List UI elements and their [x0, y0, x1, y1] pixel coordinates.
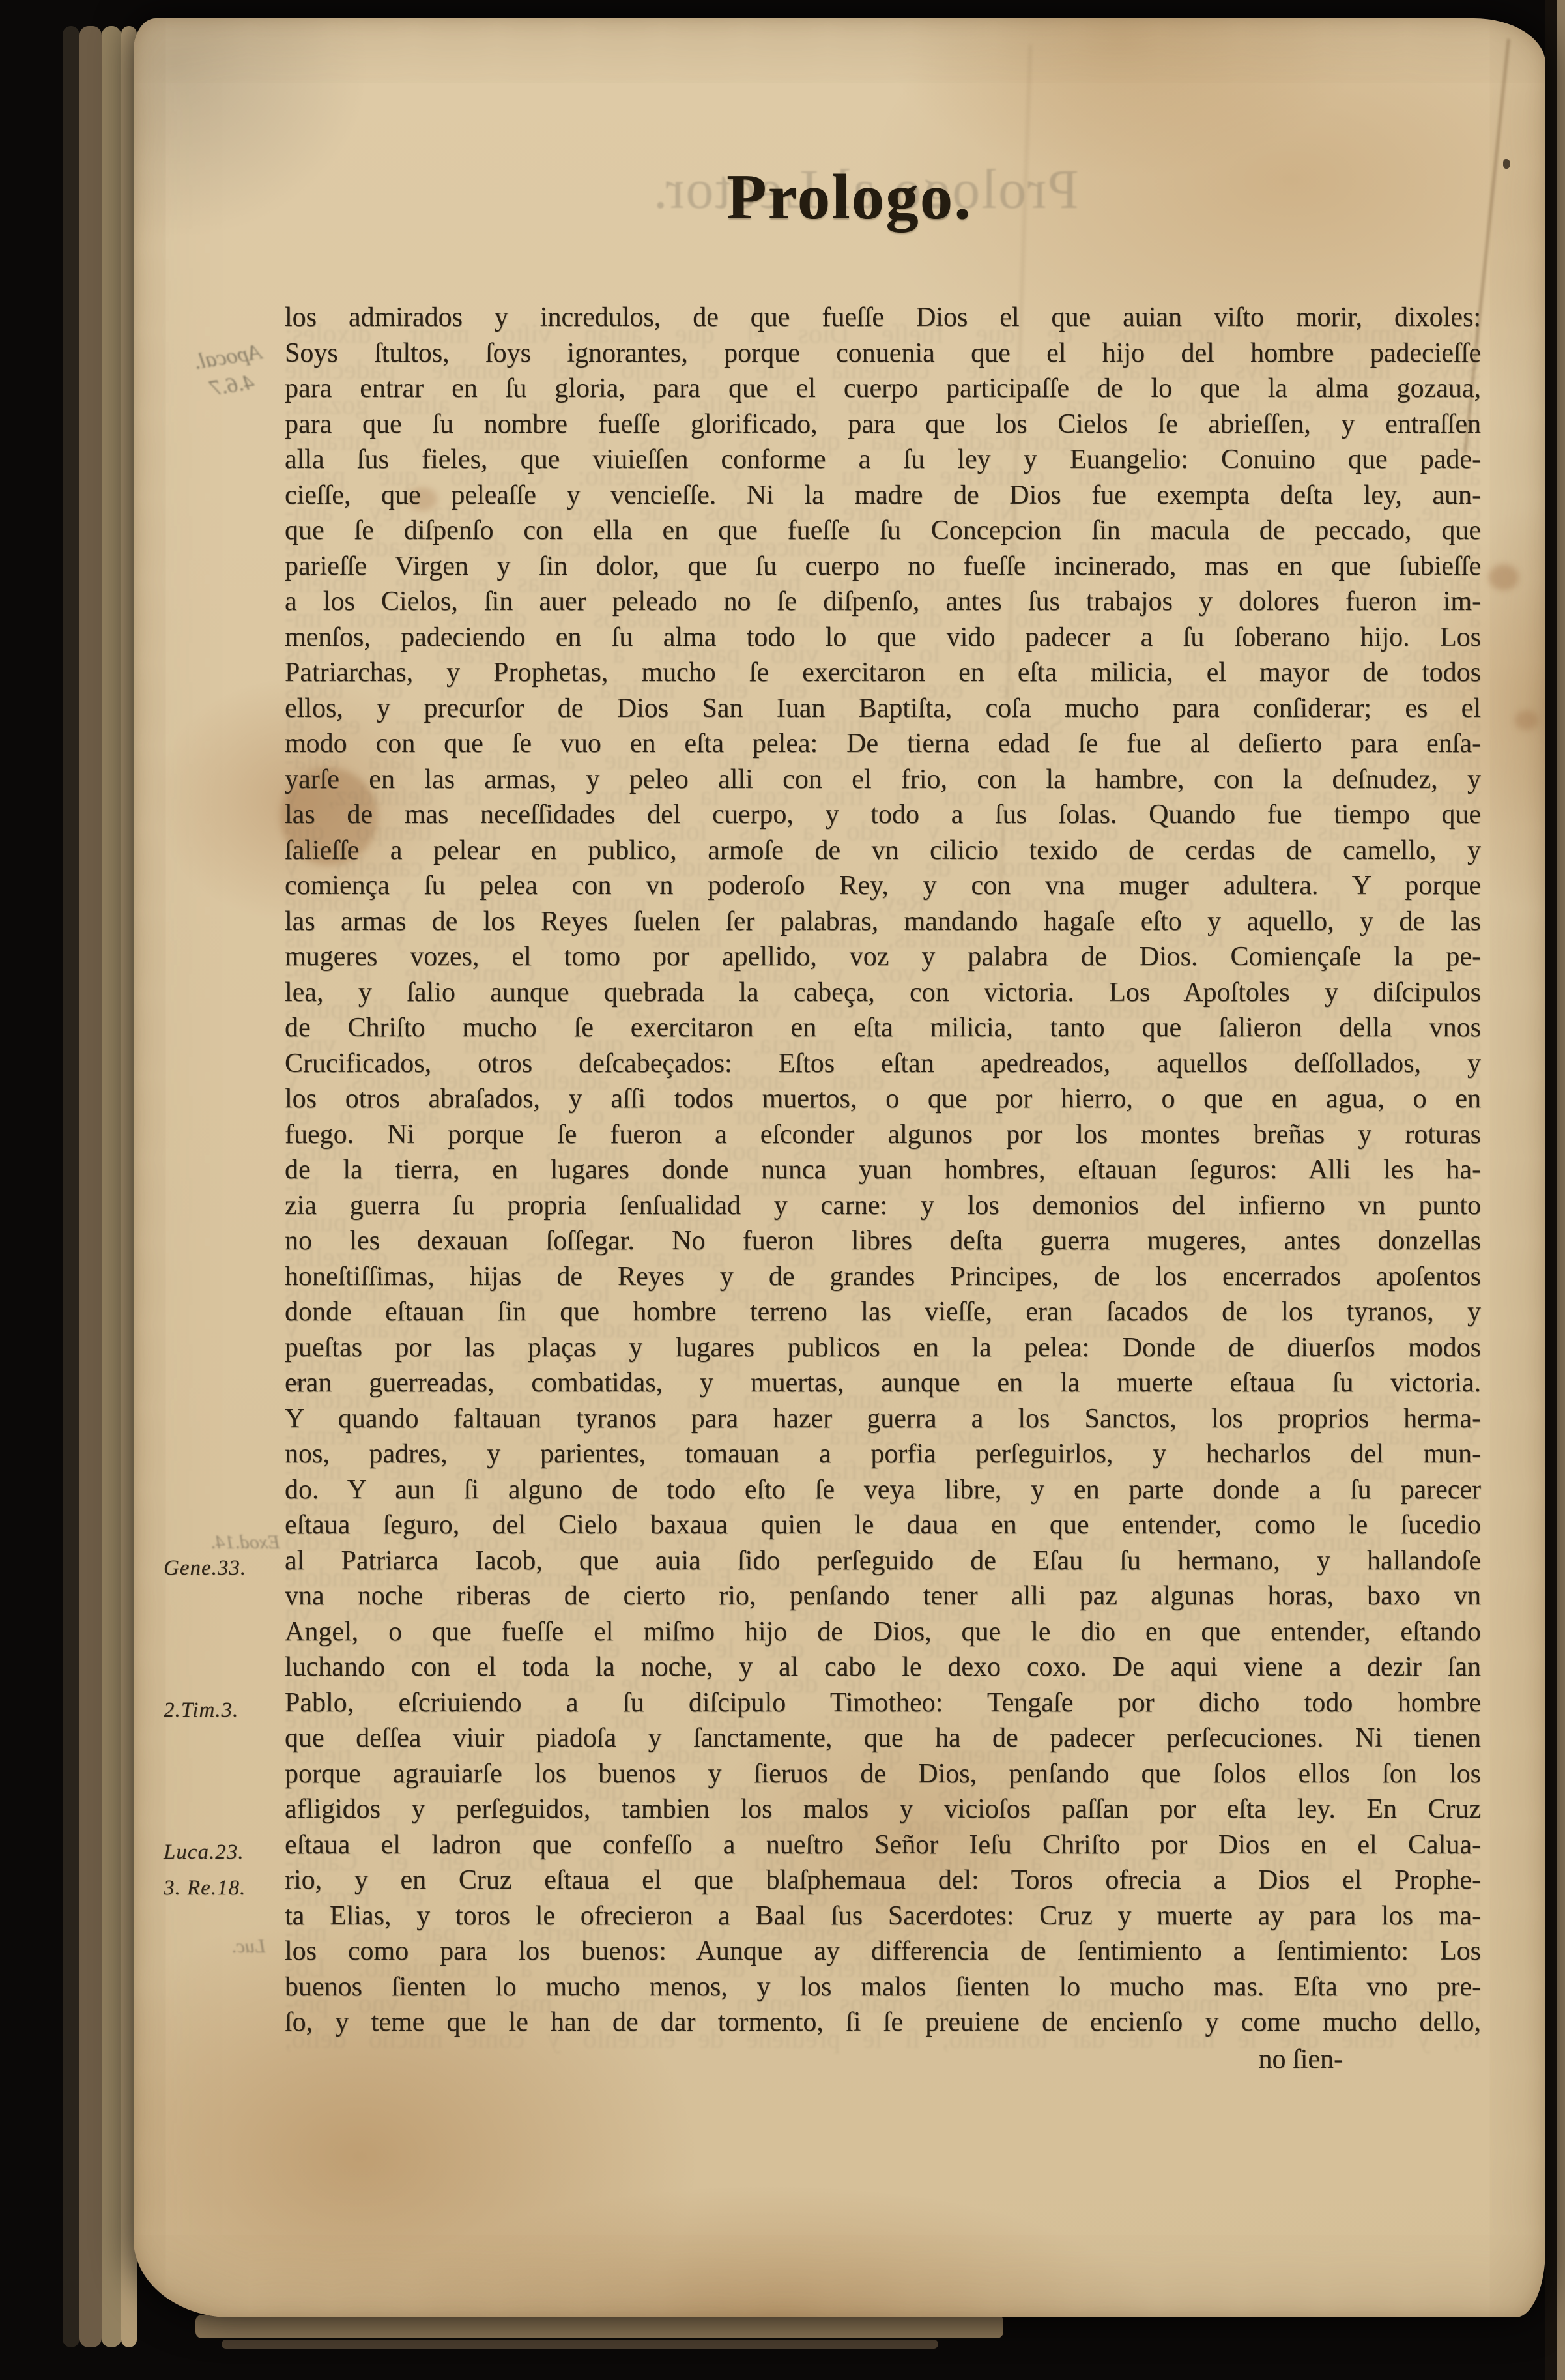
- text-line: porque agrauiarſe los buenos y ſieruos d…: [285, 1758, 1481, 1794]
- page: Prologo al Lector. Prologo. Apocal. 4.6.…: [134, 18, 1545, 2317]
- foxing-stain: [1515, 710, 1538, 730]
- text-line: eſtaua ſeguro, del Cielo baxaua quien le…: [285, 1509, 1481, 1545]
- text-line: eran guerreadas, combatidas, y muertas, …: [285, 1367, 1481, 1403]
- text-line: yarſe en las armas, y peleo alli con el …: [285, 764, 1481, 800]
- book-leaf-edge: [63, 26, 79, 2347]
- text-line: los como para los buenos: Aunque ay diff…: [285, 1936, 1481, 1971]
- book-leaf-edge: [79, 26, 102, 2347]
- margin-reference: Luca.23.: [164, 1840, 287, 1865]
- margin-note-bleedthrough: Luc.: [231, 1936, 266, 1958]
- fore-edge: [1557, 0, 1565, 2380]
- text-line: buenos ſienten lo mucho menos, y los mal…: [285, 1971, 1481, 2007]
- foxing-stain: [1489, 564, 1519, 590]
- text-line: Pablo, eſcriuiendo a ſu diſcipulo Timoth…: [285, 1687, 1481, 1723]
- text-line: honeſtiſſimas, hijas de Reyes y de grand…: [285, 1261, 1481, 1297]
- scan-gutter: [1545, 0, 1557, 2380]
- text-line: pueſtas por las plaças y lugares publico…: [285, 1332, 1481, 1368]
- text-line: do. Y aun ſi alguno de todo eſto ſe veya…: [285, 1474, 1481, 1510]
- margin-reference: 3. Re.18.: [164, 1876, 287, 1900]
- text-line: ſo, y teme que le han de dar tormento, ſ…: [285, 2007, 1481, 2042]
- text-line: mugeres vozes, el tomo por apellido, voz…: [285, 941, 1481, 977]
- text-line: nos, padres, y parientes, tomauan a porf…: [285, 1438, 1481, 1474]
- margin-reference: Gene.33.: [164, 1556, 287, 1580]
- text-line: vna noche riberas de cierto rio, penſand…: [285, 1580, 1481, 1616]
- text-line: comiença ſu pelea con vn poderoſo Rey, y…: [285, 870, 1481, 906]
- text-line: eſtaua el ladron que confeſſo a nueſtro …: [285, 1829, 1481, 1865]
- margin-reference: 2.Tim.3.: [164, 1698, 287, 1722]
- text-line: modo con que ſe vuo en eſta pelea: De ti…: [285, 728, 1481, 764]
- text-line: ta Elias, y toros le ofrecieron a Baal ſ…: [285, 1900, 1481, 1936]
- book-leaf-edge: [102, 26, 121, 2347]
- book-leaf-edge: [195, 2315, 1003, 2338]
- text-column: los admirados y incredulos, de que fueſſ…: [285, 302, 1481, 2075]
- text-line: lea, y ſalio aunque quebrada la cabeça, …: [285, 977, 1481, 1013]
- text-line: zia guerra ſu propria ſenſualidad y carn…: [285, 1190, 1481, 1226]
- ink-speck: [1503, 159, 1510, 169]
- text-line: las de mas neceſſidades del cuerpo, y to…: [285, 799, 1481, 835]
- text-line: Crucificados, otros deſcabeçados: Eſtos …: [285, 1048, 1481, 1084]
- text-line: Soys ſtultos, ſoys ignorantes, porque co…: [285, 338, 1481, 373]
- text-line: parieſſe Virgen y ſin dolor, que ſu cuer…: [285, 551, 1481, 587]
- margin-note-bleedthrough: Exod.14.: [210, 1531, 280, 1554]
- text-line: a los Cielos, ſin auer peleado no ſe diſ…: [285, 586, 1481, 622]
- text-line: menſos, padeciendo en ſu alma todo lo qu…: [285, 622, 1481, 658]
- text-line: donde eſtauan ſin que hombre terreno las…: [285, 1296, 1481, 1332]
- text-line: no les dexauan ſoſſegar. No fueron libre…: [285, 1225, 1481, 1261]
- text-line: para entrar en ſu gloria, para que el cu…: [285, 373, 1481, 409]
- text-line: las armas de los Reyes ſuelen ſer palabr…: [285, 906, 1481, 942]
- text-line: de Chriſto mucho ſe exercitaron en eſta …: [285, 1012, 1481, 1048]
- text-line: cieſſe, que peleaſſe y vencieſſe. Ni la …: [285, 480, 1481, 515]
- text-line: fuego. Ni porque ſe fueron a eſconder al…: [285, 1119, 1481, 1155]
- scanned-book-page: Prologo al Lector. Prologo. Apocal. 4.6.…: [0, 0, 1565, 2380]
- text-line: los otros abraſados, y aſſi todos muerto…: [285, 1083, 1481, 1119]
- text-line: al Patriarca Iacob, que auia ſido perſeg…: [285, 1545, 1481, 1581]
- text-line: Patriarchas, y Prophetas, mucho ſe exerc…: [285, 657, 1481, 693]
- text-line: para que ſu nombre fueſſe glorificado, p…: [285, 409, 1481, 444]
- book-leaf-edge: [222, 2340, 938, 2349]
- text-line: alla ſus fieles, que viuieſſen conforme …: [285, 444, 1481, 480]
- text-line: Y quando faltauan tyranos para hazer gue…: [285, 1403, 1481, 1439]
- text-line: ellos, y precurſor de Dios San Iuan Bapt…: [285, 693, 1481, 729]
- text-line: los admirados y incredulos, de que fueſſ…: [285, 302, 1481, 338]
- text-line: Angel, o que fueſſe el miſmo hijo de Dio…: [285, 1616, 1481, 1652]
- text-line: de la tierra, en lugares donde nunca yua…: [285, 1154, 1481, 1190]
- page-heading: Prologo.: [726, 160, 972, 234]
- text-line: afligidos y perſeguidos, tambien los mal…: [285, 1793, 1481, 1829]
- text-line: que deſſea viuir piadoſa y ſanctamente, …: [285, 1722, 1481, 1758]
- body-text: los admirados y incredulos, de que fueſſ…: [285, 302, 1481, 2042]
- text-line: rio, y en Cruz eſtaua el que blaſphemaua…: [285, 1865, 1481, 1900]
- text-line: luchando con el toda la noche, y al cabo…: [285, 1651, 1481, 1687]
- text-line: ſalieſſe a pelear en publico, armoſe de …: [285, 835, 1481, 871]
- text-line: que ſe diſpenſo con ella en que fueſſe ſ…: [285, 515, 1481, 551]
